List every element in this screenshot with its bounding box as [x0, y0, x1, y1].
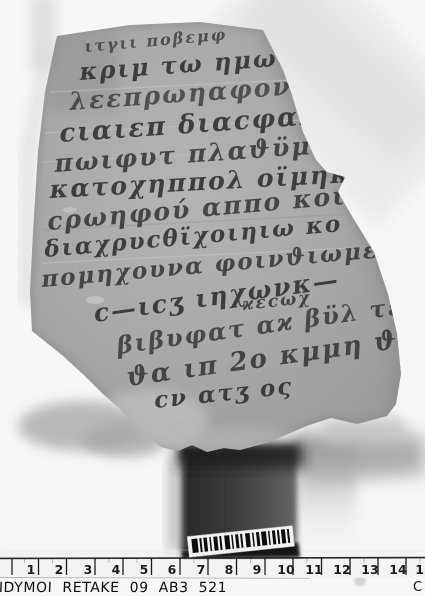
photo-stage: 1 2 3 4 5 6 7 8 9 10 11 12 13 14 15 [0, 0, 425, 596]
ruler-number: 2 [55, 562, 64, 577]
ruler-number: 10 [277, 562, 295, 577]
ruler-number: 5 [140, 562, 149, 577]
ruler-number: 6 [168, 562, 177, 577]
ruler-number: 11 [305, 562, 322, 577]
ruler-number: 14 [389, 562, 407, 577]
caption-label: DIDYMOI RETAKE 09 AB3 521 [0, 580, 227, 596]
ruler-number: 7 [197, 562, 206, 577]
artifact-photo: 1 2 3 4 5 6 7 8 9 10 11 12 13 14 15 [0, 0, 425, 596]
caption-corner-mark: C [413, 580, 422, 595]
ruler-number: 8 [225, 562, 234, 577]
ruler-number: 15 [415, 562, 425, 577]
ruler-number: 12 [333, 562, 350, 577]
ruler-number: 13 [361, 562, 378, 577]
ruler-numbers: 1 2 3 4 5 6 7 8 9 10 11 12 13 14 15 [27, 562, 425, 577]
ruler-number: 3 [84, 562, 93, 577]
ruler-number: 9 [253, 562, 262, 577]
ruler-number: 4 [112, 562, 121, 577]
ruler-number: 1 [27, 562, 36, 577]
